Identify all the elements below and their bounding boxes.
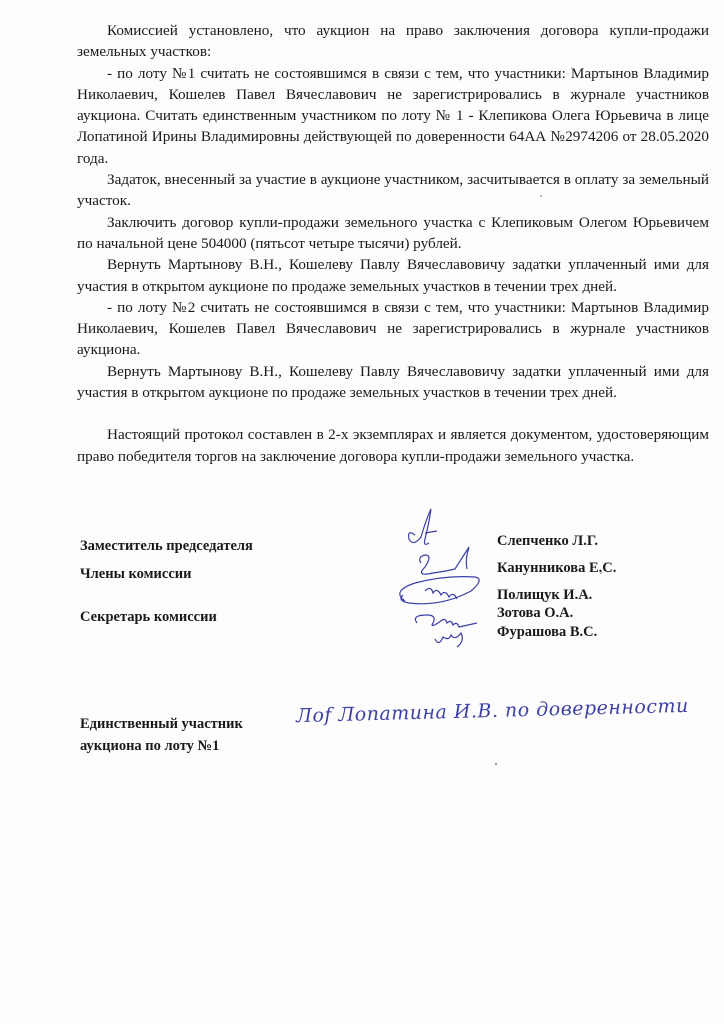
document-page: Комиссией установлено, что аукцион на пр… — [0, 0, 724, 1024]
handwritten-participant-signature: Лоf Лопатина И.В. по доверенности — [296, 695, 689, 727]
scan-speck — [600, 572, 602, 574]
participant-label-line-2: аукциона по лоту №1 — [80, 735, 243, 757]
paragraph-lot-2: - по лоту №2 считать не состоявшимся в с… — [77, 297, 709, 361]
paragraph-lot-1: - по лоту №1 считать не состоявшимся в с… — [77, 63, 709, 169]
label-commission-members: Члены комиссии — [80, 566, 191, 583]
sole-participant-label: Единственный участник аукциона по лоту №… — [80, 713, 243, 757]
member-name-kanunnikova: Канунникова Е.С. — [497, 560, 616, 577]
paragraph-deposit: Задаток, внесенный за участие в аукционе… — [77, 169, 709, 212]
member-name-slepchenko: Слепченко Л.Г. — [497, 533, 598, 550]
scan-speck — [495, 763, 497, 765]
participant-label-line-1: Единственный участник — [80, 713, 243, 735]
paragraph-return-deposits-lot-2: Вернуть Мартынову В.Н., Кошелеву Павлу В… — [77, 361, 709, 404]
label-secretary: Секретарь комиссии — [80, 609, 217, 626]
protocol-body: Комиссией установлено, что аукцион на пр… — [77, 20, 709, 467]
member-name-furashova: Фурашова В.С. — [497, 624, 597, 641]
member-name-zotova: Зотова О.А. — [497, 605, 573, 622]
paragraph-conclude-contract: Заключить договор купли-продажи земельно… — [77, 212, 709, 255]
paragraph-return-deposits-lot-1: Вернуть Мартынову В.Н., Кошелеву Павлу В… — [77, 254, 709, 297]
member-name-polishchuk: Полищук И.А. — [497, 587, 592, 604]
paragraph-protocol-copies: Настоящий протокол составлен в 2-х экзем… — [77, 424, 709, 467]
paragraph-commission-finding: Комиссией установлено, что аукцион на пр… — [77, 20, 709, 63]
scan-speck — [540, 195, 542, 197]
handwritten-signatures-icon — [395, 505, 505, 665]
label-deputy-chair: Заместитель председателя — [80, 538, 253, 555]
